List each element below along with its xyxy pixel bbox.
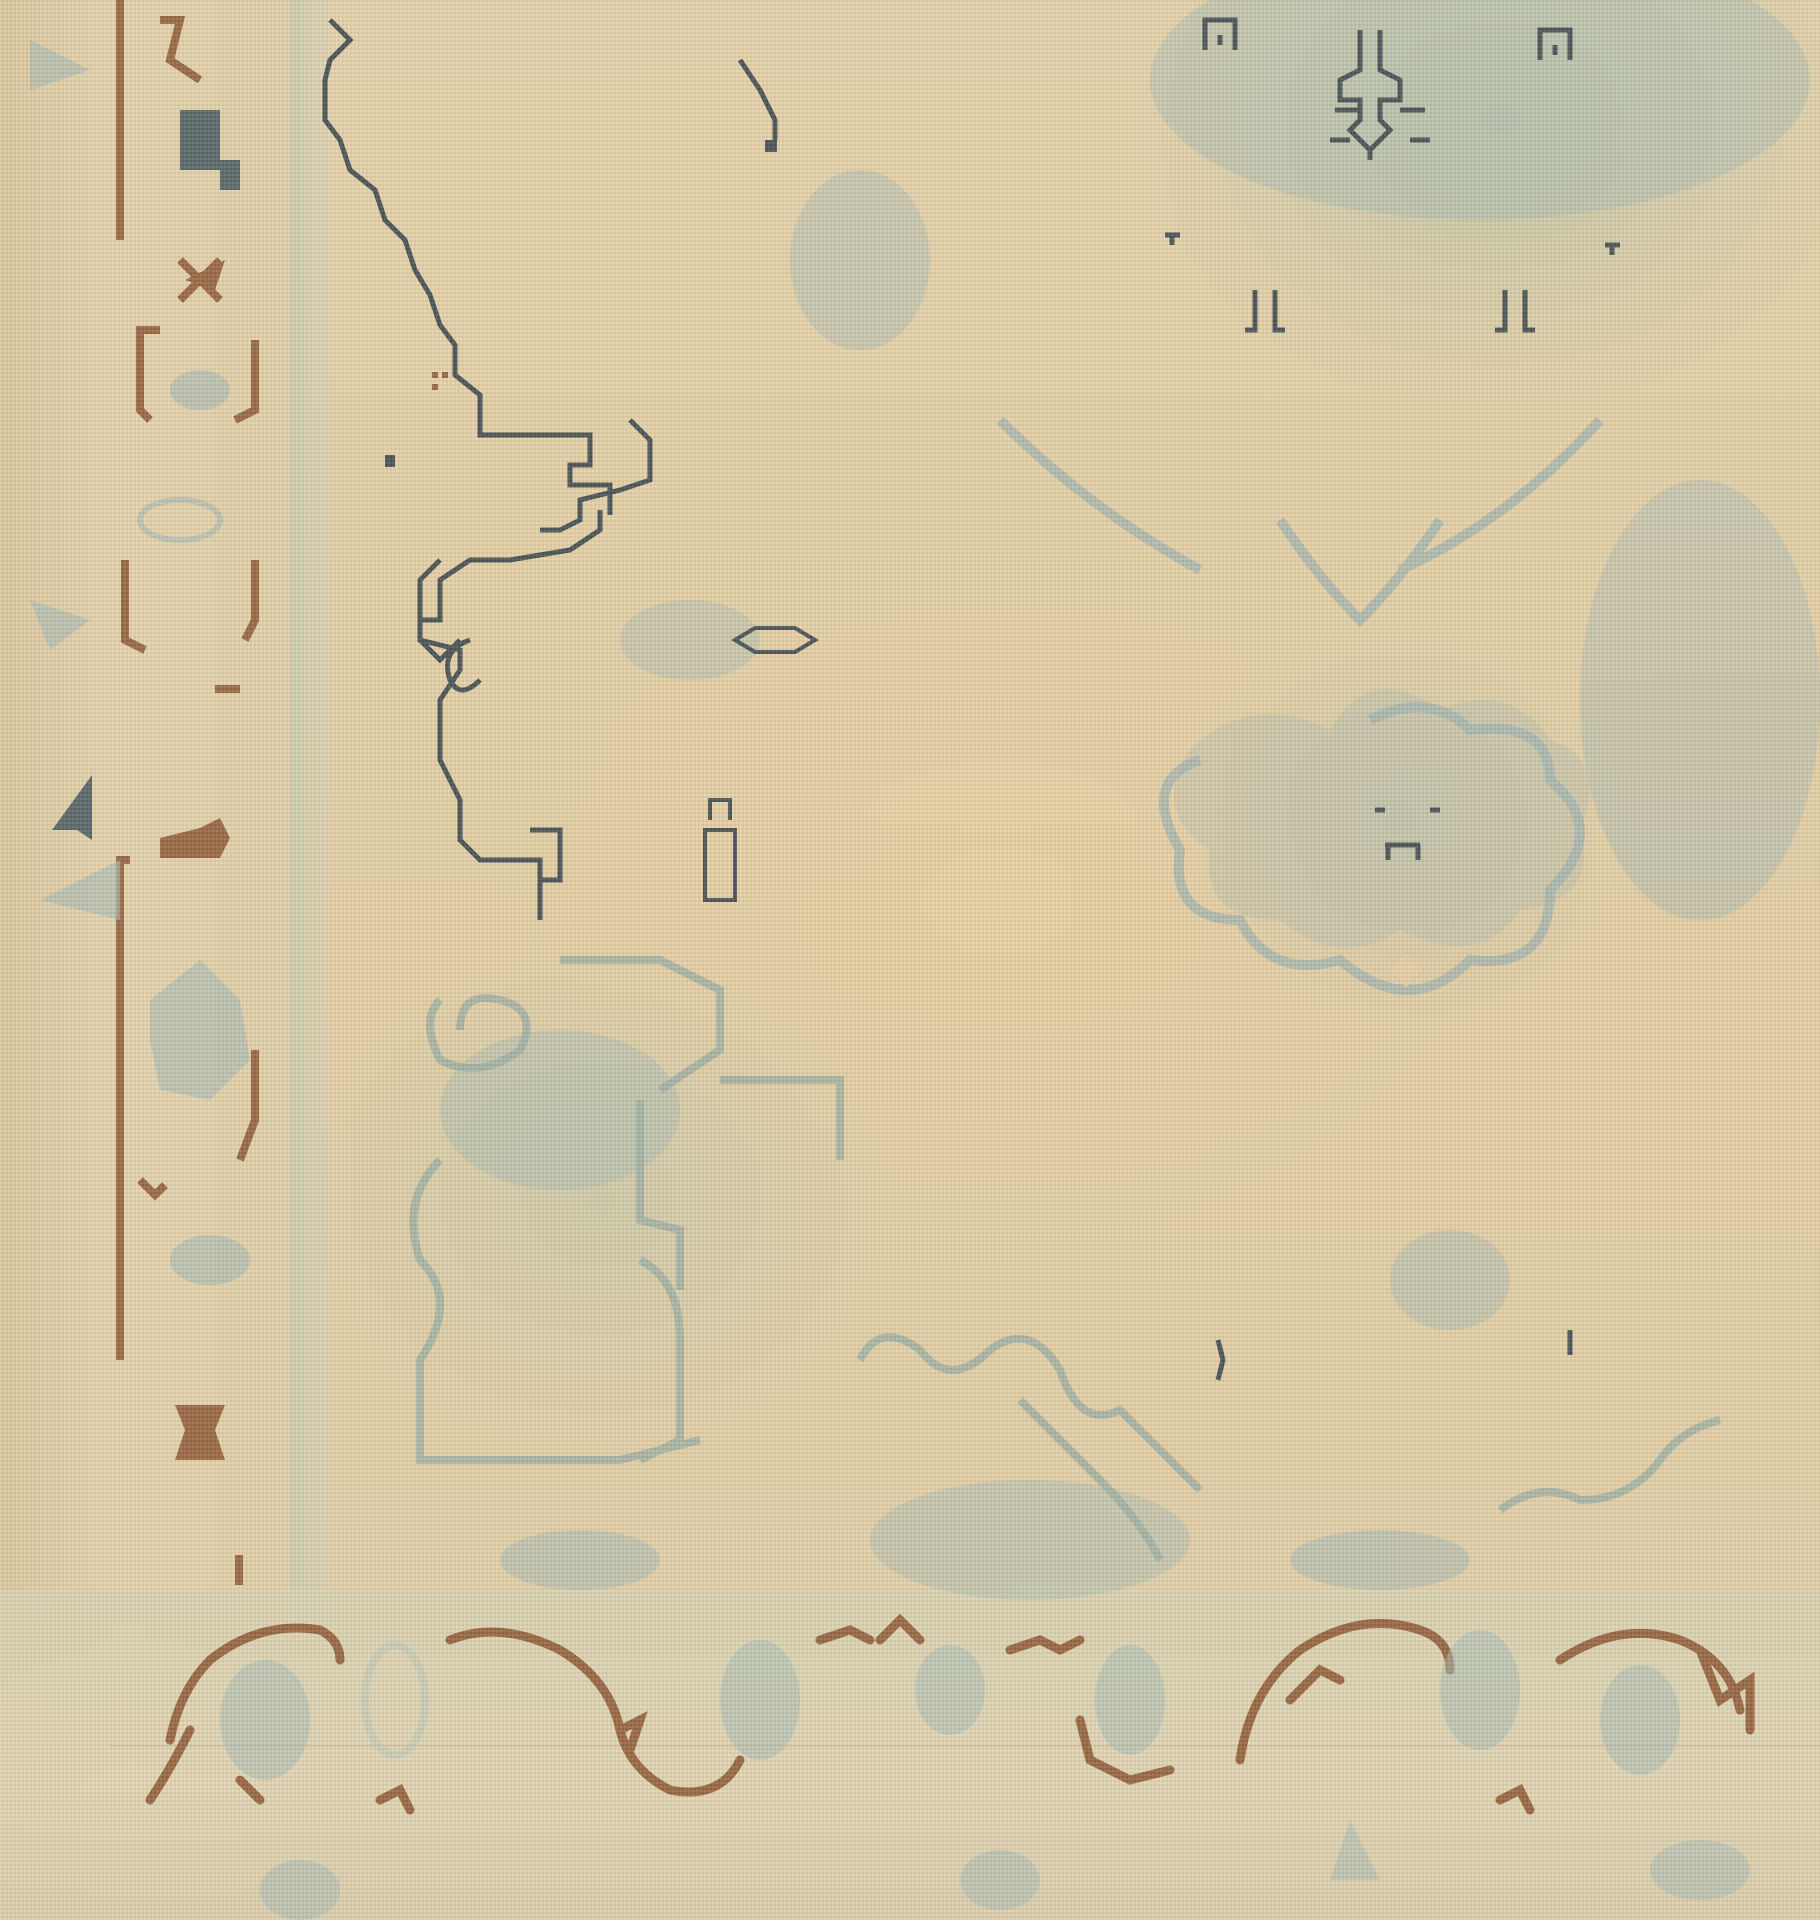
left-border-rust-blocks — [160, 260, 243, 1585]
rug-photo — [0, 0, 1820, 1920]
guard-stepped-meander — [325, 20, 650, 920]
left-border-sage-leaves — [30, 40, 250, 1285]
field-small-motif-upper — [385, 140, 777, 467]
rug-motifs — [0, 0, 1820, 1920]
left-border-slate-hook — [180, 110, 240, 190]
field-lamp-motif — [705, 800, 735, 900]
left-border-rust-vines — [120, 0, 255, 1360]
left-border-slate-arrowhead — [52, 775, 92, 840]
field-rust-diamond-center — [1388, 952, 1424, 988]
field-faded-motifs — [440, 0, 1820, 1600]
